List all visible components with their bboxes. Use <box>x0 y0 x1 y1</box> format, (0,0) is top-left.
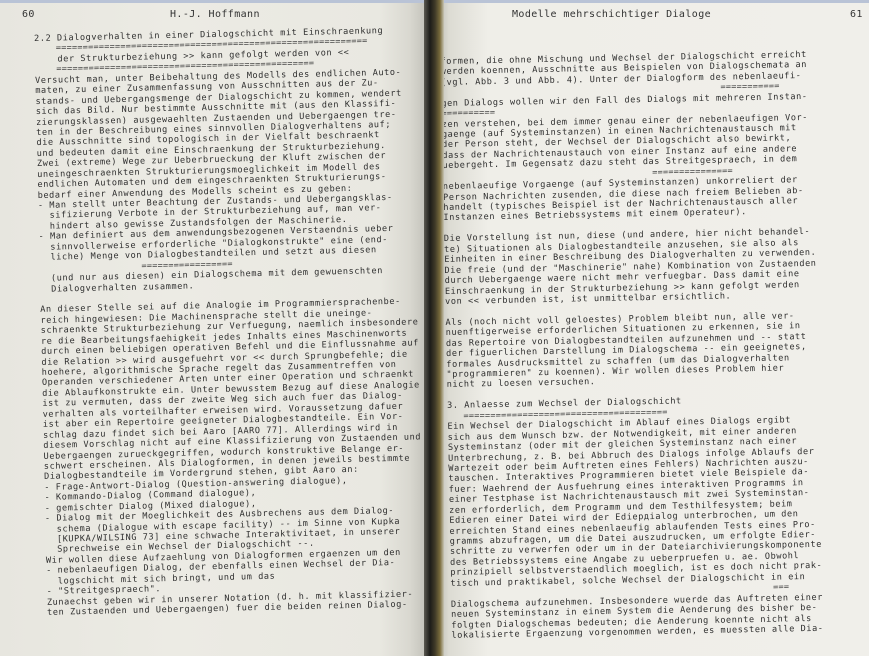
left-page-text: 2.2 Dialogverhalten in einer Dialogschic… <box>34 25 425 618</box>
right-page: Modelle mehrschichtiger Dialoge 61 forme… <box>436 3 869 656</box>
page-number-right: 61 <box>850 9 863 20</box>
book-spine <box>424 0 444 656</box>
page-number-left: 60 <box>22 9 35 20</box>
left-page: 60 H.-J. Hoffmann 2.2 Dialogverhalten in… <box>0 3 431 656</box>
book-spread: 60 H.-J. Hoffmann 2.2 Dialogverhalten in… <box>0 0 869 656</box>
running-header-left: H.-J. Hoffmann <box>170 9 260 20</box>
right-page-text: formen, die ohne Mischung und Wechsel de… <box>440 29 824 641</box>
running-header-right: Modelle mehrschichtiger Dialoge <box>512 9 711 20</box>
